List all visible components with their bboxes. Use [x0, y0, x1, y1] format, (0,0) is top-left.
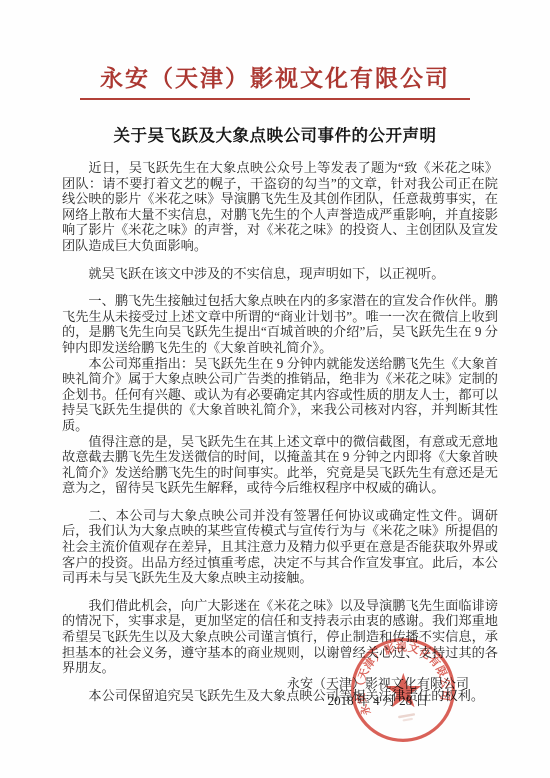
paragraph-point-two: 二、本公司与大象点映公司并没有签署任何协议或确定性文件。调研后，我们认为大象点映…: [62, 508, 498, 586]
document-page: 永安（天津）影视文化有限公司 关于吴飞跃及大象点映公司事件的公开声明 近日，吴飞…: [0, 0, 550, 778]
signature-date: 2018 年 4 月 28 日: [278, 692, 478, 709]
seal-smudge: [398, 713, 415, 718]
statement-title: 关于吴飞跃及大象点映公司事件的公开声明: [0, 122, 550, 146]
letterhead-divider: [80, 98, 470, 100]
signature-block: 永安（天津）影视文化有限公司 2018 年 4 月 28 日: [278, 675, 478, 709]
paragraph-intro: 近日，吴飞跃先生在大象点映公众号上等发表了题为“致《米花之味》团队：请不要打着文…: [62, 160, 498, 254]
paragraph-declaration: 就吴飞跃在该文中涉及的不实信息，现声明如下，以正视听。: [62, 266, 498, 282]
paragraph-point-one-note: 本公司郑重指出：吴飞跃先生在 9 分钟内就能发送给鹏飞先生《大象首映礼简介》属于…: [62, 356, 498, 434]
paragraph-point-one: 一、鹏飞先生接触过包括大象点映在内的多家潜在的宣发合作伙伴。鹏飞先生从未接受过上…: [62, 293, 498, 355]
company-letterhead-title: 永安（天津）影视文化有限公司: [0, 0, 550, 93]
paragraph-screenshot-remark: 值得注意的是，吴飞跃先生在其上述文章中的微信截图，有意或无意地故意截去鹏飞先生发…: [62, 434, 498, 496]
statement-body: 近日，吴飞跃先生在大象点映公众号上等发表了题为“致《米花之味》团队：请不要打着文…: [62, 146, 498, 703]
seal-smudge: [402, 718, 413, 722]
paragraph-thanks: 我们借此机会，向广大影迷在《米花之味》以及导演鹏飞先生面临诽谤的情况下，实事求是…: [62, 598, 498, 676]
signature-company: 永安（天津）影视文化有限公司: [278, 675, 478, 692]
